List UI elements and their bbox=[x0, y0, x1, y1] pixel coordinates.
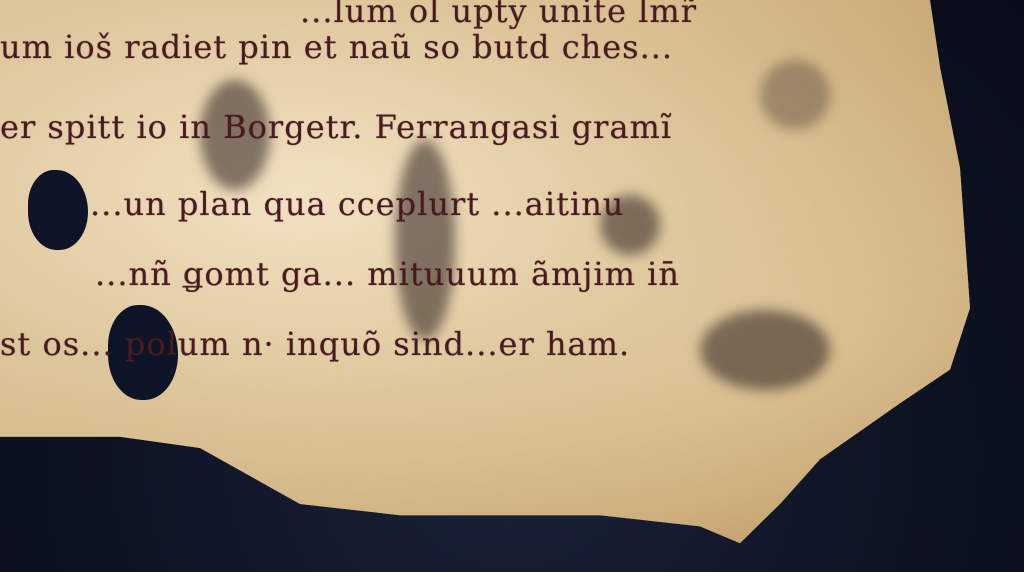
text-line-4: ...un plan qua cceplurt ...aitinu bbox=[90, 185, 624, 223]
text-line-6: st os... polum n· inquõ sind...er ham. bbox=[0, 325, 630, 363]
parchment-hole bbox=[28, 170, 88, 250]
text-line-3: er spitt io in Borgetr. Ferrangasi gramĩ bbox=[0, 108, 672, 146]
text-line-1: ...lum ol upty unite lmr̃ bbox=[300, 0, 697, 30]
ink-stain bbox=[395, 140, 455, 340]
text-line-5: ...nñ ǥomt ga... mituuum ãmjim in̄ bbox=[95, 255, 680, 293]
ink-stain bbox=[700, 310, 830, 390]
text-line-2: um ioš radiet pin et naũ so butd ches... bbox=[0, 28, 673, 66]
ink-stain bbox=[760, 60, 830, 130]
